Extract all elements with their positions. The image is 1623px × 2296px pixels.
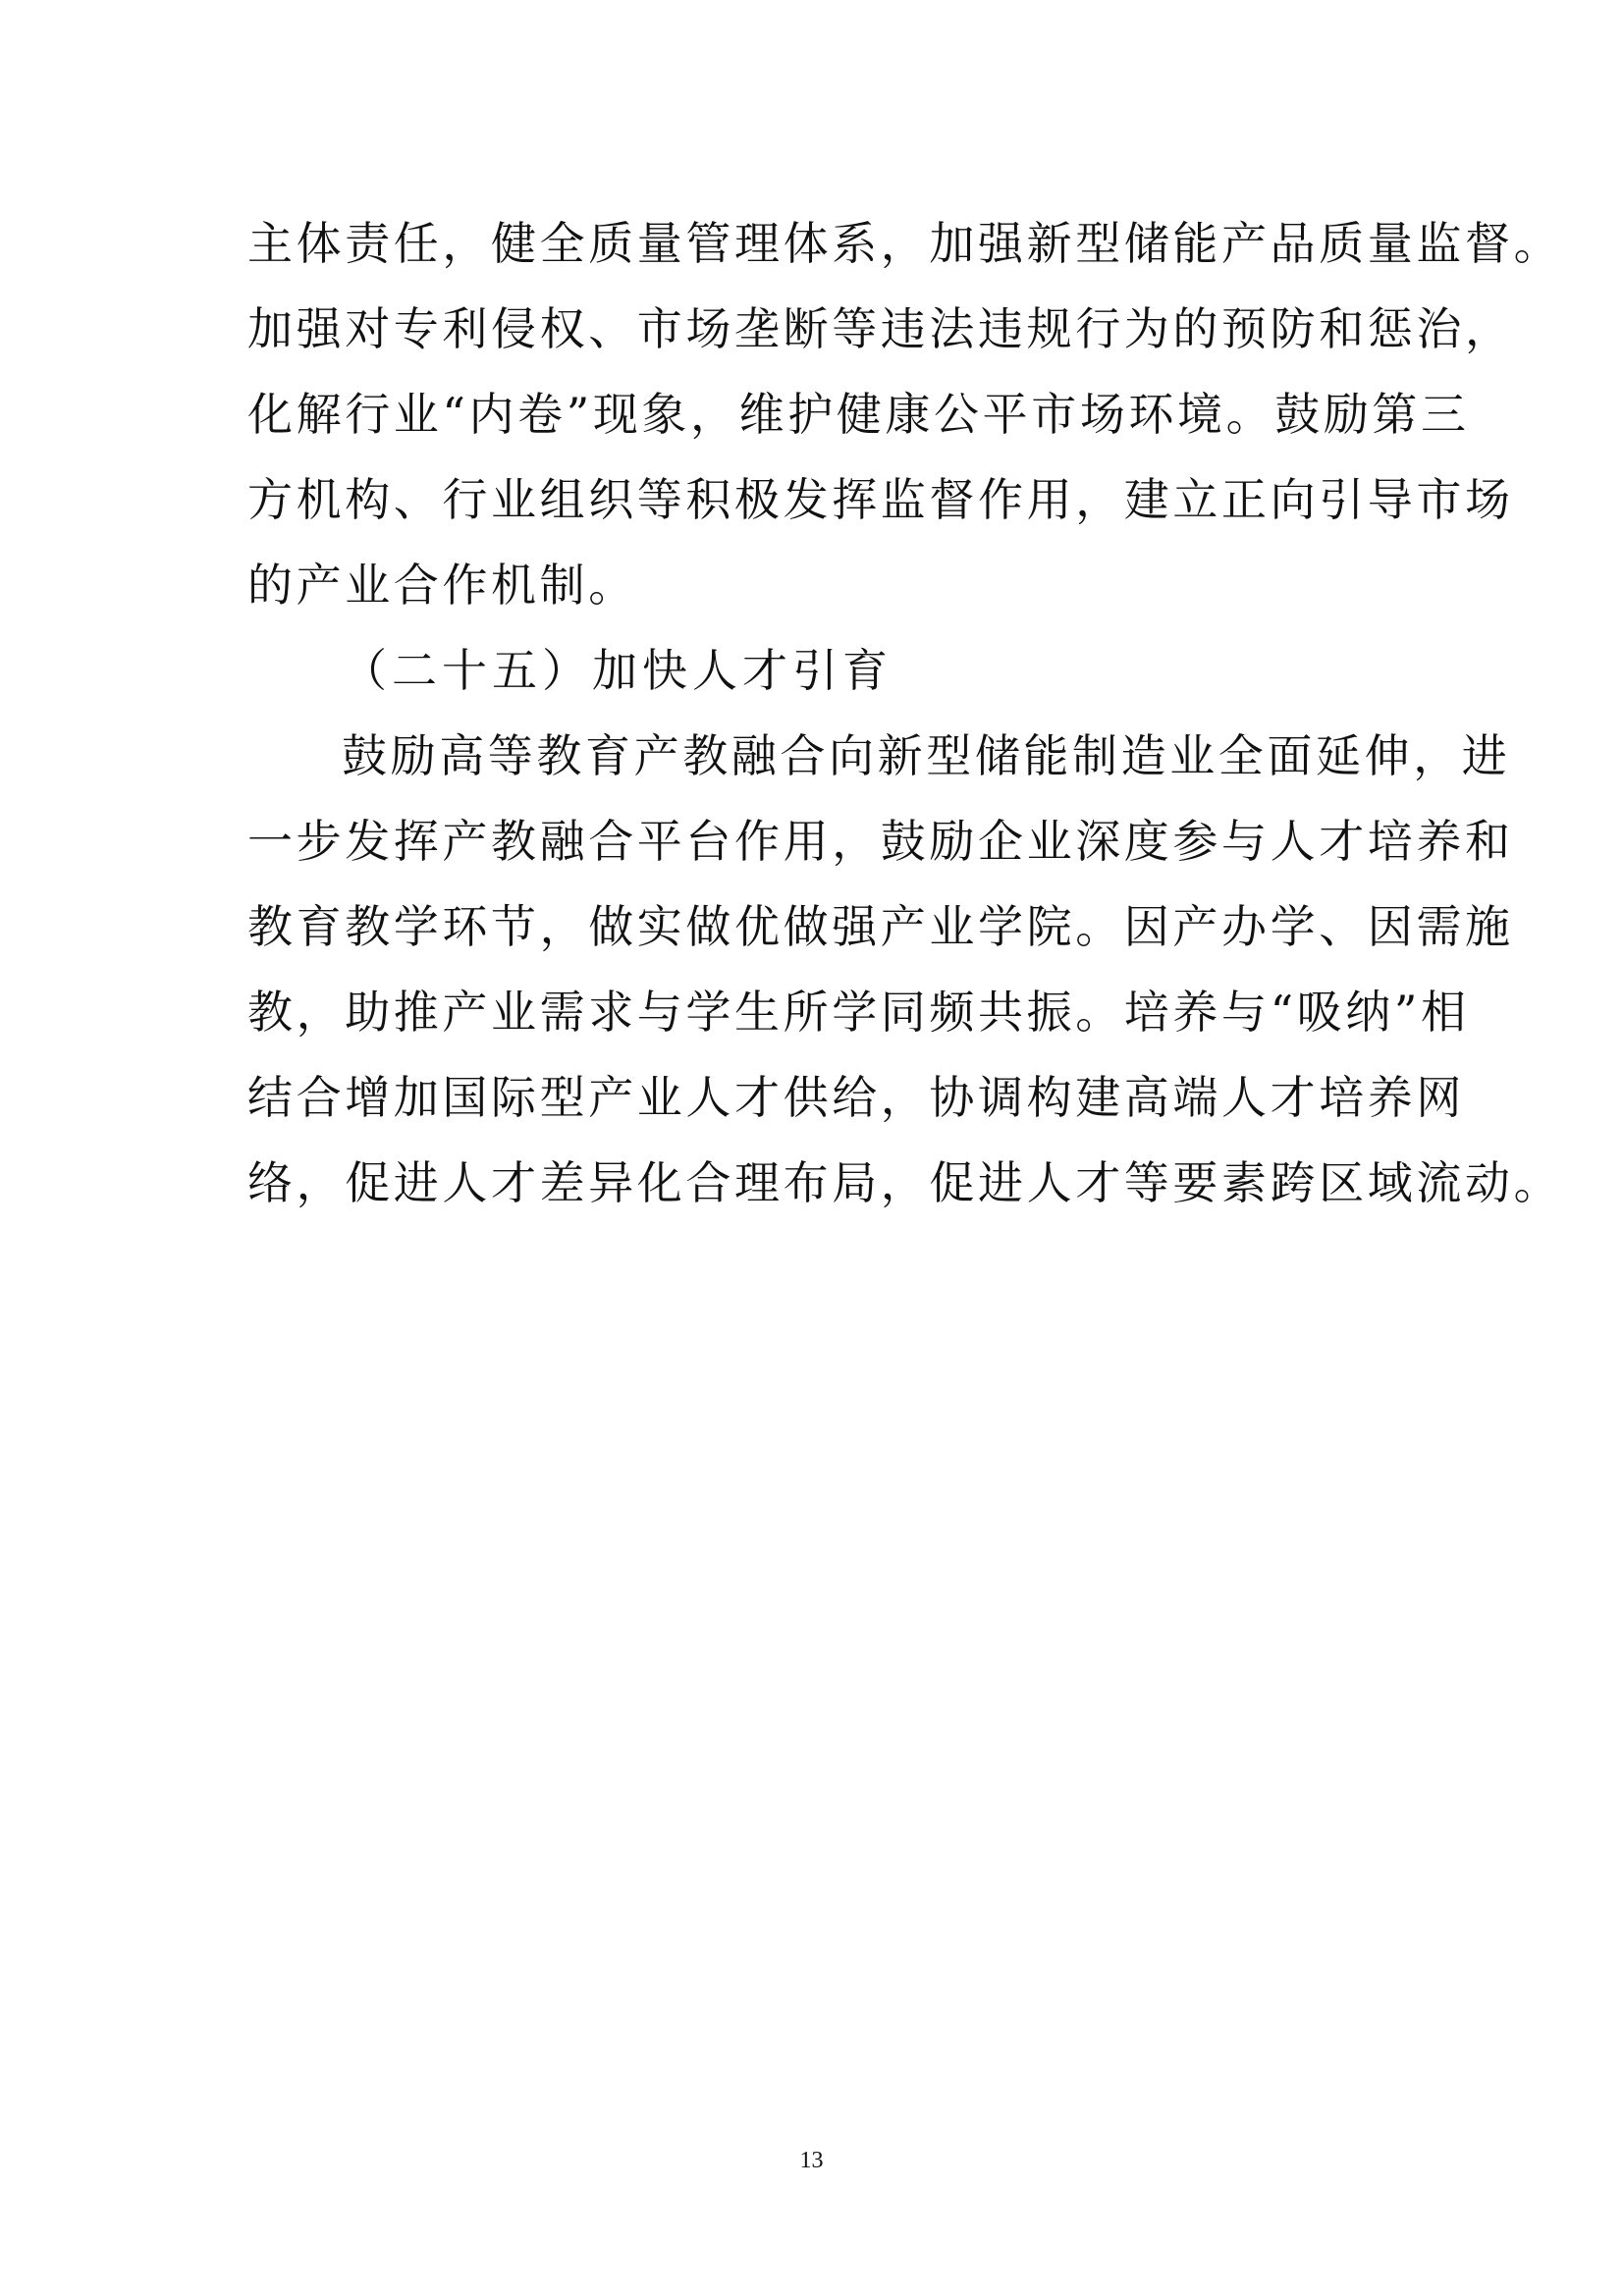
paragraph-line: 一步发挥产教融合平台作用，鼓励企业深度参与人才培养和 bbox=[247, 799, 1386, 884]
paragraph-line: 教育教学环节，做实做优做强产业学院。因产办学、因需施 bbox=[247, 884, 1386, 970]
page-number: 13 bbox=[0, 2146, 1623, 2175]
paragraph-line: 的产业合作机制。 bbox=[247, 543, 1386, 628]
paragraph-line: 加强对专利侵权、市场垄断等违法违规行为的预防和惩治， bbox=[247, 287, 1386, 372]
document-page: 主体责任，健全质量管理体系，加强新型储能产品质量监督。 加强对专利侵权、市场垄断… bbox=[0, 0, 1623, 2296]
paragraph-line: 主体责任，健全质量管理体系，加强新型储能产品质量监督。 bbox=[247, 201, 1386, 287]
paragraph-line: 络，促进人才差异化合理布局，促进人才等要素跨区域流动。 bbox=[247, 1141, 1386, 1226]
section-heading: （二十五）加快人才引育 bbox=[342, 628, 1481, 714]
paragraph-line: 结合增加国际型产业人才供给，协调构建高端人才培养网 bbox=[247, 1055, 1386, 1141]
paragraph-line: 化解行业“内卷”现象，维护健康公平市场环境。鼓励第三 bbox=[247, 372, 1386, 457]
paragraph-line: 方机构、行业组织等积极发挥监督作用，建立正向引导市场 bbox=[247, 457, 1386, 543]
paragraph-line: 鼓励高等教育产教融合向新型储能制造业全面延伸，进 bbox=[342, 714, 1386, 799]
paragraph-line: 教，助推产业需求与学生所学同频共振。培养与“吸纳”相 bbox=[247, 970, 1386, 1055]
